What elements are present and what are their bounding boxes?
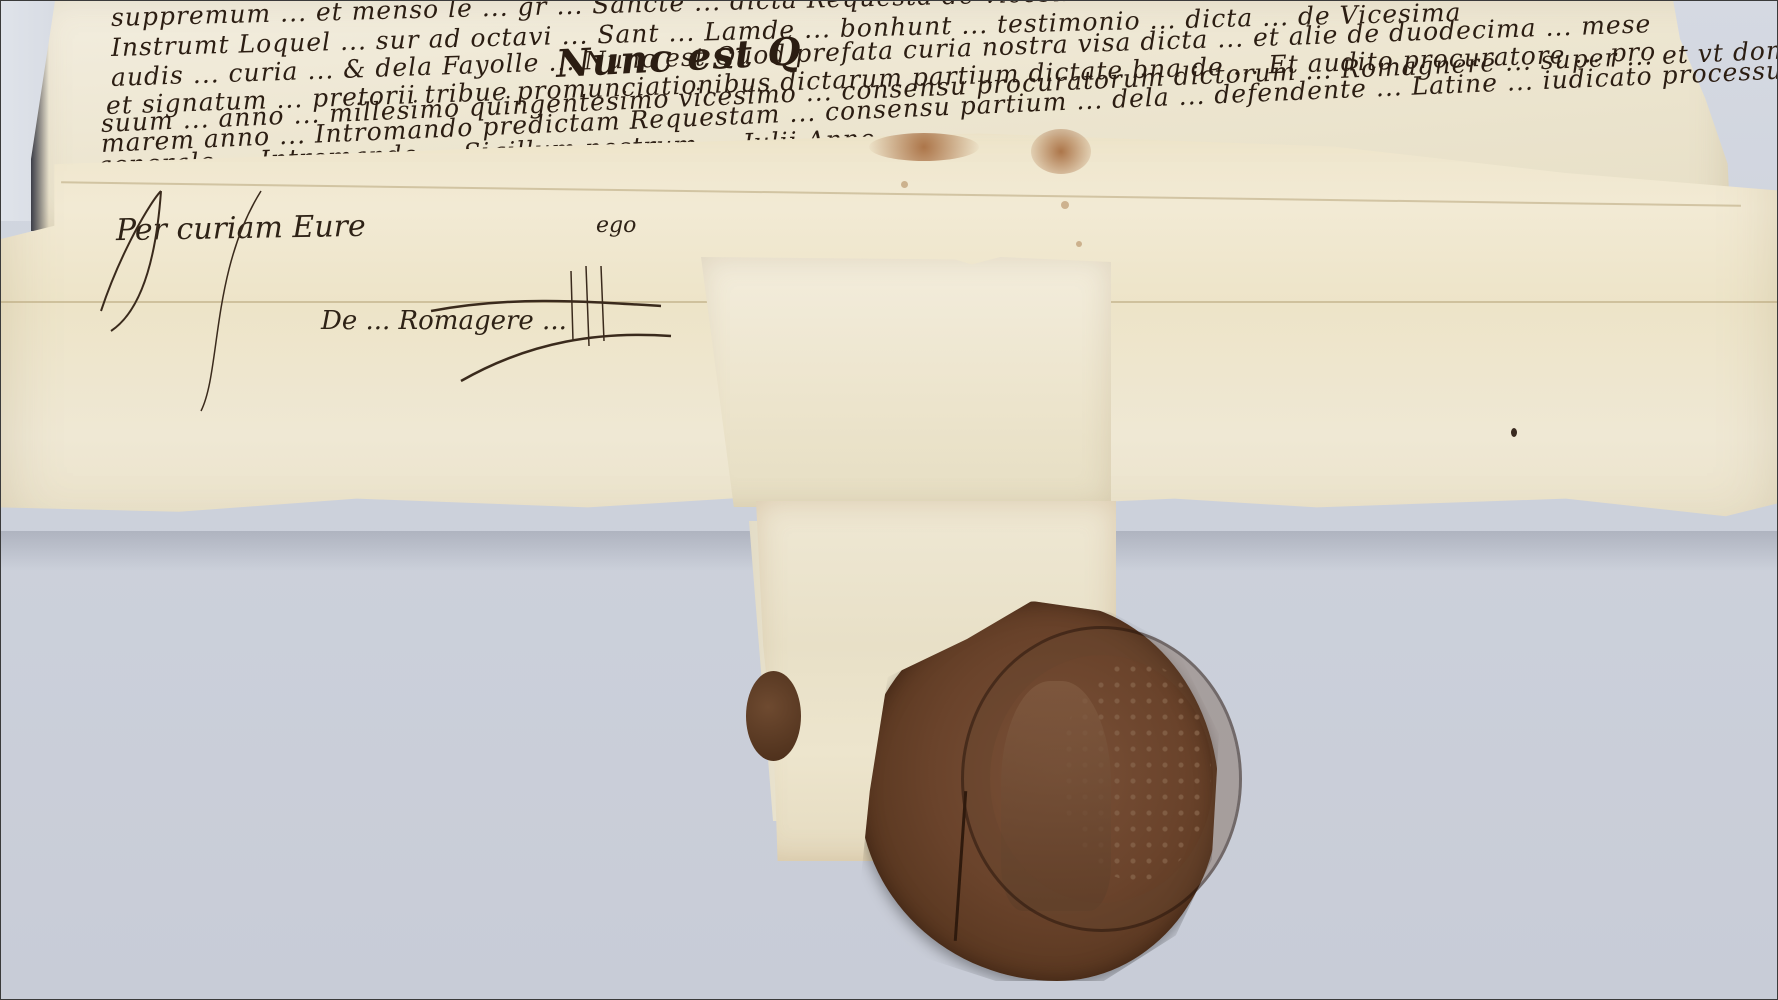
- rust-stain: [1031, 129, 1091, 174]
- wax-seal-reverse: [746, 671, 801, 761]
- foxing-spot: [1061, 201, 1069, 209]
- ink-speck: [1511, 428, 1517, 437]
- rust-stain: [869, 133, 979, 161]
- foxing-spot: [901, 181, 908, 188]
- seal-legend-ring: [961, 626, 1242, 932]
- foxing-spot: [1076, 241, 1082, 247]
- photo-frame: suppremum ... et menso le ... gr ... San…: [0, 0, 1778, 1000]
- seal-tag-upper: [701, 257, 1111, 507]
- signature-flourish: [61, 171, 681, 431]
